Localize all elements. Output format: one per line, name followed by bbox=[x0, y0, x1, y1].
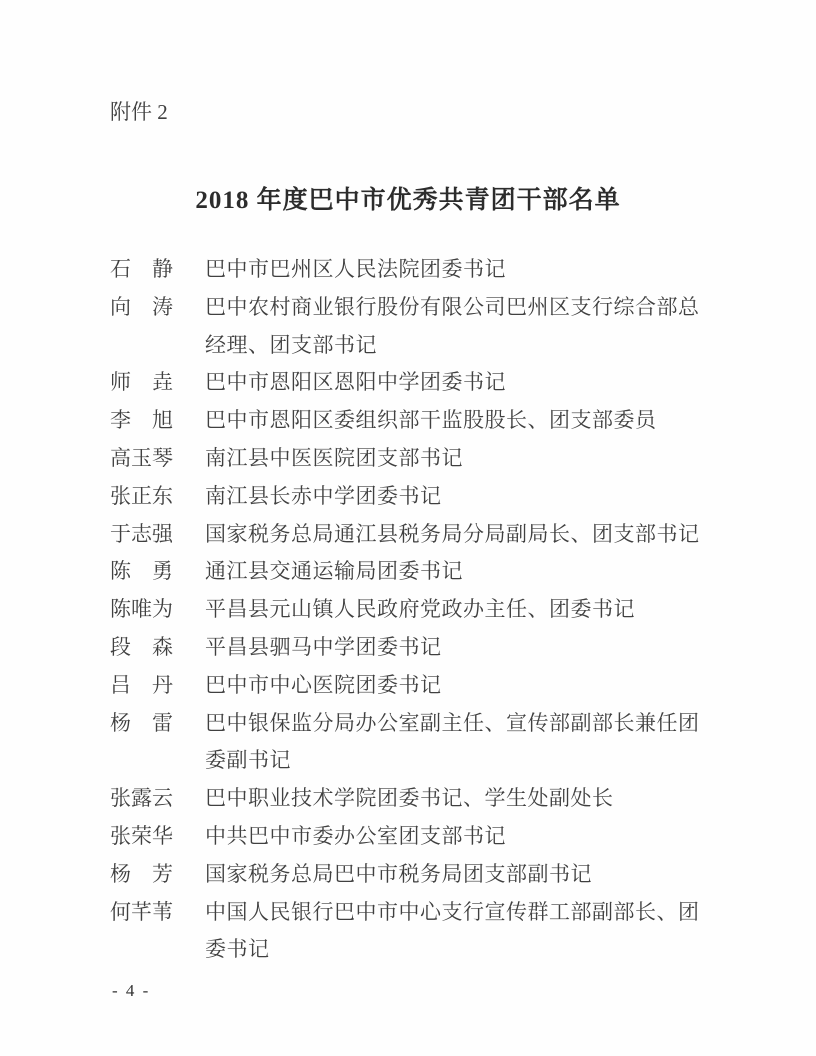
person-name: 杨 雷 bbox=[110, 705, 180, 743]
person-position: 巴中市恩阳区委组织部干监股股长、团支部委员 bbox=[205, 402, 706, 440]
person-name: 何芊苇 bbox=[110, 894, 180, 932]
list-item: 张露云 巴中职业技术学院团委书记、学生处副处长 bbox=[110, 780, 710, 818]
person-position: 南江县中医医院团支部书记 bbox=[205, 440, 706, 478]
person-name: 吕 丹 bbox=[110, 667, 180, 705]
person-name: 张露云 bbox=[110, 780, 180, 818]
person-position: 平昌县驷马中学团委书记 bbox=[205, 629, 706, 667]
person-name: 杨 芳 bbox=[110, 856, 180, 894]
list-item: 李 旭 巴中市恩阳区委组织部干监股股长、团支部委员 bbox=[110, 402, 710, 440]
person-position: 中国人民银行巴中市中心支行宣传群工部副部长、团委书记 bbox=[205, 894, 706, 970]
person-position: 南江县长赤中学团委书记 bbox=[205, 478, 706, 516]
person-name: 张正东 bbox=[110, 478, 180, 516]
person-name: 张荣华 bbox=[110, 818, 180, 856]
person-name: 高玉琴 bbox=[110, 440, 180, 478]
person-position: 巴中农村商业银行股份有限公司巴州区支行综合部总经理、团支部书记 bbox=[205, 289, 706, 365]
person-name: 段 森 bbox=[110, 629, 180, 667]
list-item: 于志强 国家税务总局通江县税务局分局副局长、团支部书记 bbox=[110, 516, 710, 554]
list-item: 何芊苇 中国人民银行巴中市中心支行宣传群工部副部长、团委书记 bbox=[110, 894, 710, 970]
list-item: 段 森 平昌县驷马中学团委书记 bbox=[110, 629, 710, 667]
person-name: 陈 勇 bbox=[110, 553, 180, 591]
person-name: 师 垚 bbox=[110, 364, 180, 402]
person-position: 平昌县元山镇人民政府党政办主任、团委书记 bbox=[205, 591, 706, 629]
person-position: 巴中市中心医院团委书记 bbox=[205, 667, 706, 705]
person-name: 石 静 bbox=[110, 251, 180, 289]
person-position: 巴中市巴州区人民法院团委书记 bbox=[205, 251, 706, 289]
person-name: 李 旭 bbox=[110, 402, 180, 440]
person-name: 向 涛 bbox=[110, 289, 180, 327]
cadre-roster-list: 石 静 巴中市巴州区人民法院团委书记 向 涛 巴中农村商业银行股份有限公司巴州区… bbox=[110, 251, 710, 969]
list-item: 吕 丹 巴中市中心医院团委书记 bbox=[110, 667, 710, 705]
person-position: 中共巴中市委办公室团支部书记 bbox=[205, 818, 706, 856]
list-item: 高玉琴 南江县中医医院团支部书记 bbox=[110, 440, 710, 478]
person-name: 陈唯为 bbox=[110, 591, 180, 629]
list-item: 师 垚 巴中市恩阳区恩阳中学团委书记 bbox=[110, 364, 710, 402]
list-item: 石 静 巴中市巴州区人民法院团委书记 bbox=[110, 251, 710, 289]
list-item: 杨 雷 巴中银保监分局办公室副主任、宣传部副部长兼任团委副书记 bbox=[110, 705, 710, 781]
list-item: 张荣华 中共巴中市委办公室团支部书记 bbox=[110, 818, 710, 856]
list-item: 陈唯为 平昌县元山镇人民政府党政办主任、团委书记 bbox=[110, 591, 710, 629]
page-number: - 4 - bbox=[112, 981, 150, 1001]
person-position: 通江县交通运输局团委书记 bbox=[205, 553, 706, 591]
person-position: 巴中市恩阳区恩阳中学团委书记 bbox=[205, 364, 706, 402]
document-page: 附件 2 2018 年度巴中市优秀共青团干部名单 石 静 巴中市巴州区人民法院团… bbox=[0, 0, 816, 1056]
person-position: 巴中职业技术学院团委书记、学生处副处长 bbox=[205, 780, 706, 818]
list-item: 张正东 南江县长赤中学团委书记 bbox=[110, 478, 710, 516]
list-item: 陈 勇 通江县交通运输局团委书记 bbox=[110, 553, 710, 591]
person-position: 巴中银保监分局办公室副主任、宣传部副部长兼任团委副书记 bbox=[205, 705, 706, 781]
person-position: 国家税务总局通江县税务局分局副局长、团支部书记 bbox=[205, 516, 706, 554]
page-title: 2018 年度巴中市优秀共青团干部名单 bbox=[0, 180, 816, 216]
person-name: 于志强 bbox=[110, 516, 180, 554]
list-item: 向 涛 巴中农村商业银行股份有限公司巴州区支行综合部总经理、团支部书记 bbox=[110, 289, 710, 365]
person-position: 国家税务总局巴中市税务局团支部副书记 bbox=[205, 856, 706, 894]
attachment-label: 附件 2 bbox=[110, 99, 168, 125]
list-item: 杨 芳 国家税务总局巴中市税务局团支部副书记 bbox=[110, 856, 710, 894]
